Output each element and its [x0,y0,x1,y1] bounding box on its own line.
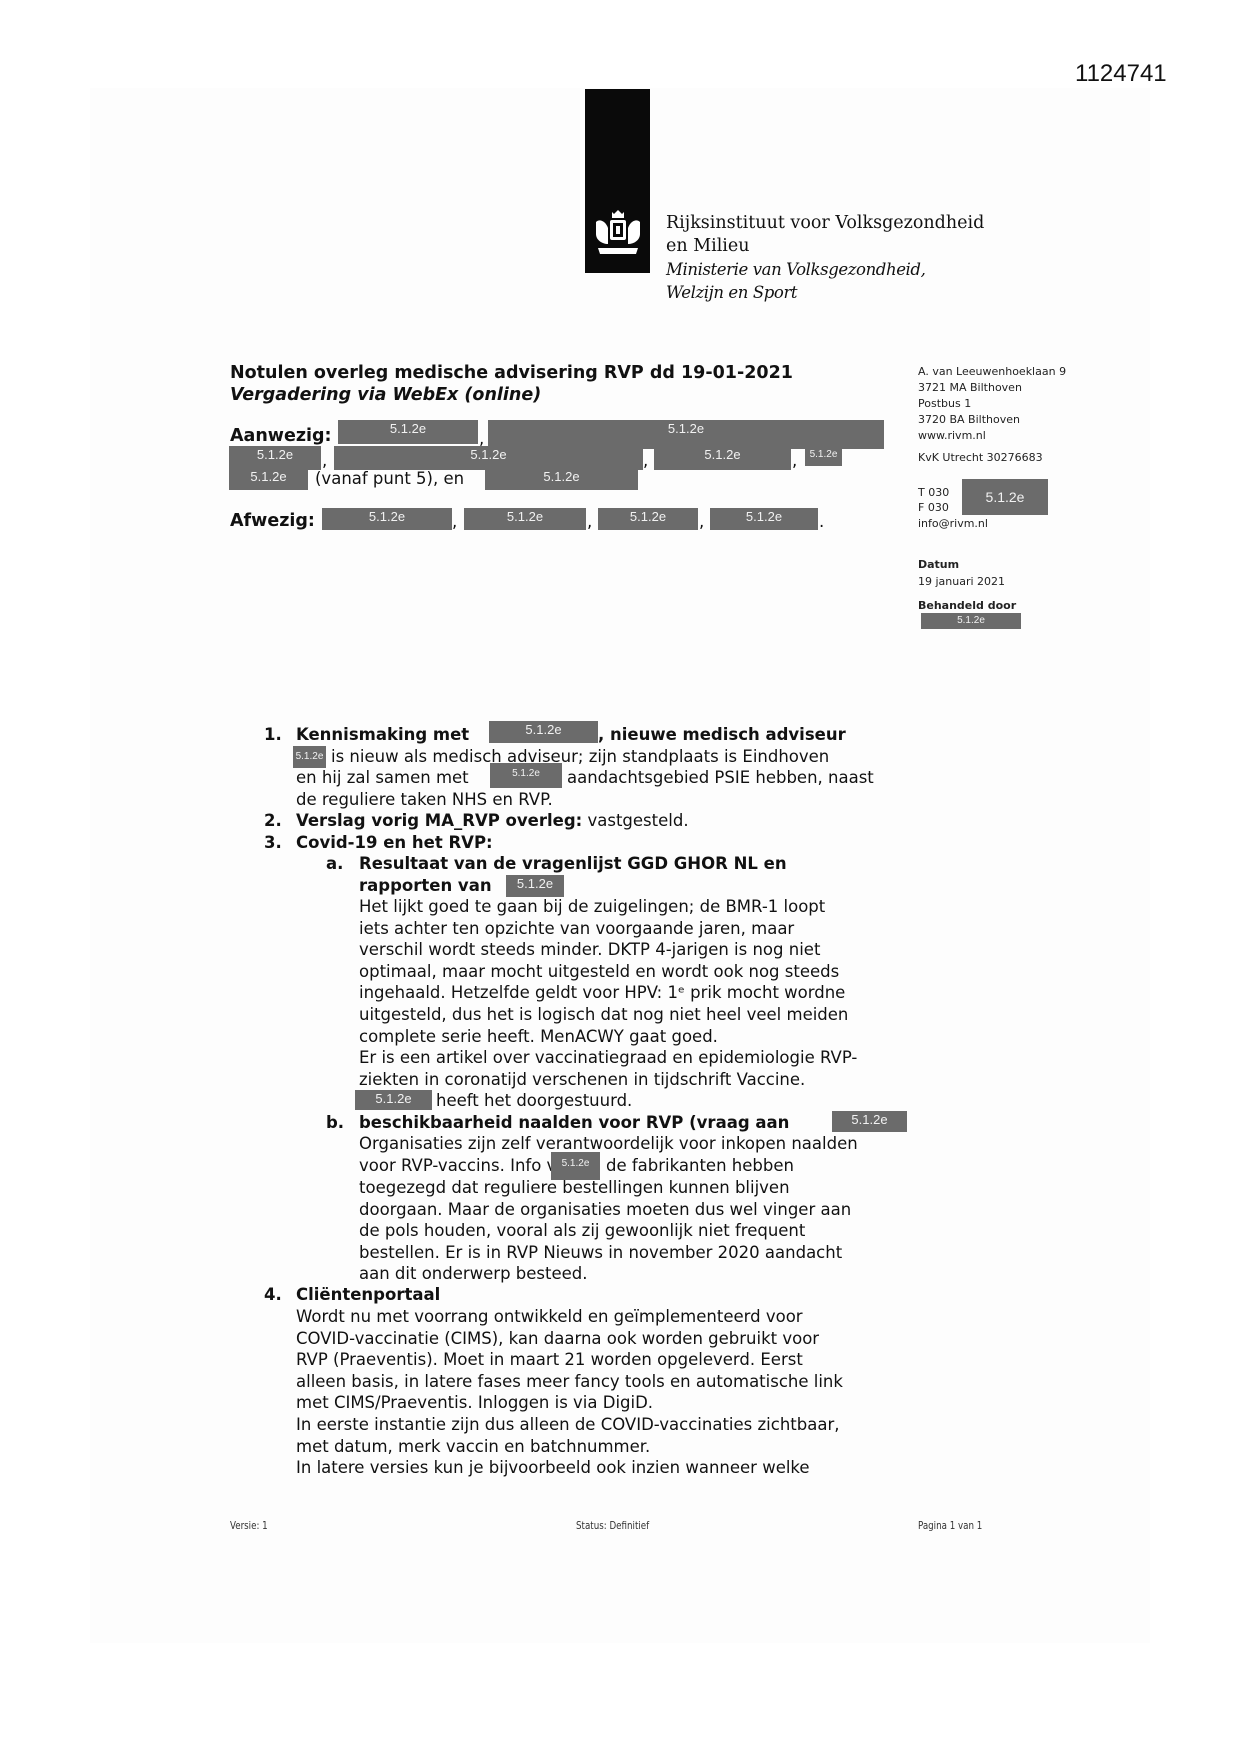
body-text: toegezegd dat reguliere bestellingen kun… [359,1177,790,1199]
body-text: de reguliere taken NHS en RVP. [296,789,553,811]
redaction-box: 5.1.2e [322,508,452,530]
item2-title: Verslag vorig MA_RVP overleg: [296,811,582,830]
fax-label: F 030 [918,500,949,516]
address-line: A. van Leeuwenhoeklaan 9 [918,364,1066,380]
phone-label: T 030 [918,485,949,501]
sub-a-title-2: rapporten van [359,876,492,895]
sub-a-title: Resultaat van de vragenlijst GGD GHOR NL… [359,854,787,873]
redaction-box: 5.1.2e [490,763,562,788]
body-text: en hij zal samen met [296,767,469,789]
separator: , [792,450,797,472]
body-text: aandachtsgebied PSIE hebben, naast [567,767,874,789]
document-id: 1124741 [1075,60,1167,88]
body-text: Het lijkt goed te gaan bij de zuigelinge… [359,896,825,918]
body-text: aan dit onderwerp besteed. [359,1263,588,1285]
separator: . [819,511,824,533]
item3-title: Covid-19 en het RVP: [296,833,493,852]
item4-title: Cliëntenportaal [296,1285,440,1304]
body-text: ingehaald. Hetzelfde geldt voor HPV: 1ᵉ … [359,982,845,1004]
body-text: iets achter ten opzichte van voorgaande … [359,918,794,940]
item1-title: Kennismaking met [296,725,469,744]
redaction-box: 5.1.2e [355,1090,432,1110]
redaction-box: 5.1.2e [334,446,643,470]
date-label: Datum [918,558,959,571]
body-text: Wordt nu met voorrang ontwikkeld en geïm… [296,1306,803,1328]
institute-name: Rijksinstituut voor Volksgezondheid en M… [666,212,984,304]
body-text: met datum, merk vaccin en batchnummer. [296,1436,650,1458]
body-text: de pols houden, vooral als zij gewoonlij… [359,1220,805,1242]
item1-title-suffix: , nieuwe medisch adviseur [598,725,846,744]
redaction-box: 5.1.2e [464,508,586,530]
body-text: ziekten in coronatijd verschenen in tijd… [359,1069,805,1091]
sub-item-letter: a. [326,853,343,875]
separator: , [452,511,457,533]
email-link[interactable]: info@rivm.nl [918,516,988,532]
body-text: alleen basis, in latere fases meer fancy… [296,1371,843,1393]
body-text: bestellen. Er is in RVP Nieuws in novemb… [359,1242,842,1264]
item-number: 3. [264,832,282,854]
address-line: 3720 BA Bilthoven [918,412,1020,428]
item2-text: vastgesteld. [582,811,688,830]
redaction-box: 5.1.2e [485,468,638,490]
redaction-box: 5.1.2e [293,746,326,768]
body-text: doorgaan. Maar de organisaties moeten du… [359,1199,851,1221]
website-link[interactable]: www.rivm.nl [918,428,986,444]
present-note: (vanaf punt 5), en [315,468,464,490]
body-text: verschil wordt steeds minder. DKTP 4-jar… [359,939,820,961]
footer-status: Status: Definitief [576,1519,649,1532]
body-text: In latere versies kun je bijvoorbeeld oo… [296,1457,810,1479]
redaction-box: 5.1.2e [921,613,1021,629]
body-text: heeft het doorgestuurd. [436,1090,632,1112]
address-line: 3721 MA Bilthoven [918,380,1022,396]
body-text: voor RVP-vaccins. Info van [359,1155,577,1177]
body-text: RVP (Praeventis). Moet in maart 21 worde… [296,1349,803,1371]
ministry-line-2: Welzijn en Sport [666,281,984,304]
separator: , [587,511,592,533]
body-text: complete serie heeft. MenACWY gaat goed. [359,1026,718,1048]
absent-label: Afwezig: [230,510,315,532]
body-text: Organisaties zijn zelf verantwoordelijk … [359,1133,858,1155]
ministry-line-1: Ministerie van Volksgezondheid, [666,258,984,281]
item-number: 1. [264,724,282,746]
separator: , [699,511,704,533]
institute-line-1: Rijksinstituut voor Volksgezondheid [666,212,984,235]
item-number: 4. [264,1284,282,1306]
footer-version: Versie: 1 [230,1519,268,1532]
redaction-box: 5.1.2e [506,875,564,897]
sub-item-letter: b. [326,1112,344,1134]
redaction-box: 5.1.2e [654,446,791,470]
body-text: Er is een artikel over vaccinatiegraad e… [359,1047,857,1069]
royal-coat-of-arms-icon [590,208,646,264]
body-text: COVID-vaccinatie (CIMS), kan daarna ook … [296,1328,819,1350]
redaction-box: 5.1.2e [489,721,598,743]
separator: , [643,450,648,472]
kvk-number: KvK Utrecht 30276683 [918,450,1043,466]
sub-b-title: beschikbaarheid naalden voor RVP (vraag … [359,1113,789,1132]
body-text: de fabrikanten hebben [606,1155,794,1177]
body-text: met CIMS/Praeventis. Inloggen is via Dig… [296,1392,653,1414]
redaction-box: 5.1.2e [229,468,308,490]
present-label: Aanwezig: [230,425,332,447]
footer-page: Pagina 1 van 1 [918,1519,982,1532]
date-value: 19 januari 2021 [918,574,1005,590]
address-line: Postbus 1 [918,396,971,412]
body-text: uitgesteld, dus het is logisch dat nog n… [359,1004,848,1026]
body-text: optimaal, maar mocht uitgesteld en wordt… [359,961,839,983]
body-text: In eerste instantie zijn dus alleen de C… [296,1414,839,1436]
redaction-box: 5.1.2e [338,420,478,444]
redaction-box: 5.1.2e [229,446,321,470]
document-subtitle: Vergadering via WebEx (online) [230,384,541,406]
redaction-box: 5.1.2e [488,420,884,449]
redaction-box: 5.1.2e [805,446,842,466]
institute-line-2: en Milieu [666,235,984,258]
body-text: is nieuw als medisch adviseur; zijn stan… [331,746,829,768]
redaction-box: 5.1.2e [962,479,1048,515]
redaction-box: 5.1.2e [710,508,818,530]
redaction-box: 5.1.2e [598,508,698,530]
handled-by-label: Behandeld door [918,599,1016,612]
item-number: 2. [264,810,282,832]
document-title: Notulen overleg medische advisering RVP … [230,362,793,384]
redaction-box: 5.1.2e [551,1152,600,1180]
redaction-box: 5.1.2e [832,1111,907,1132]
